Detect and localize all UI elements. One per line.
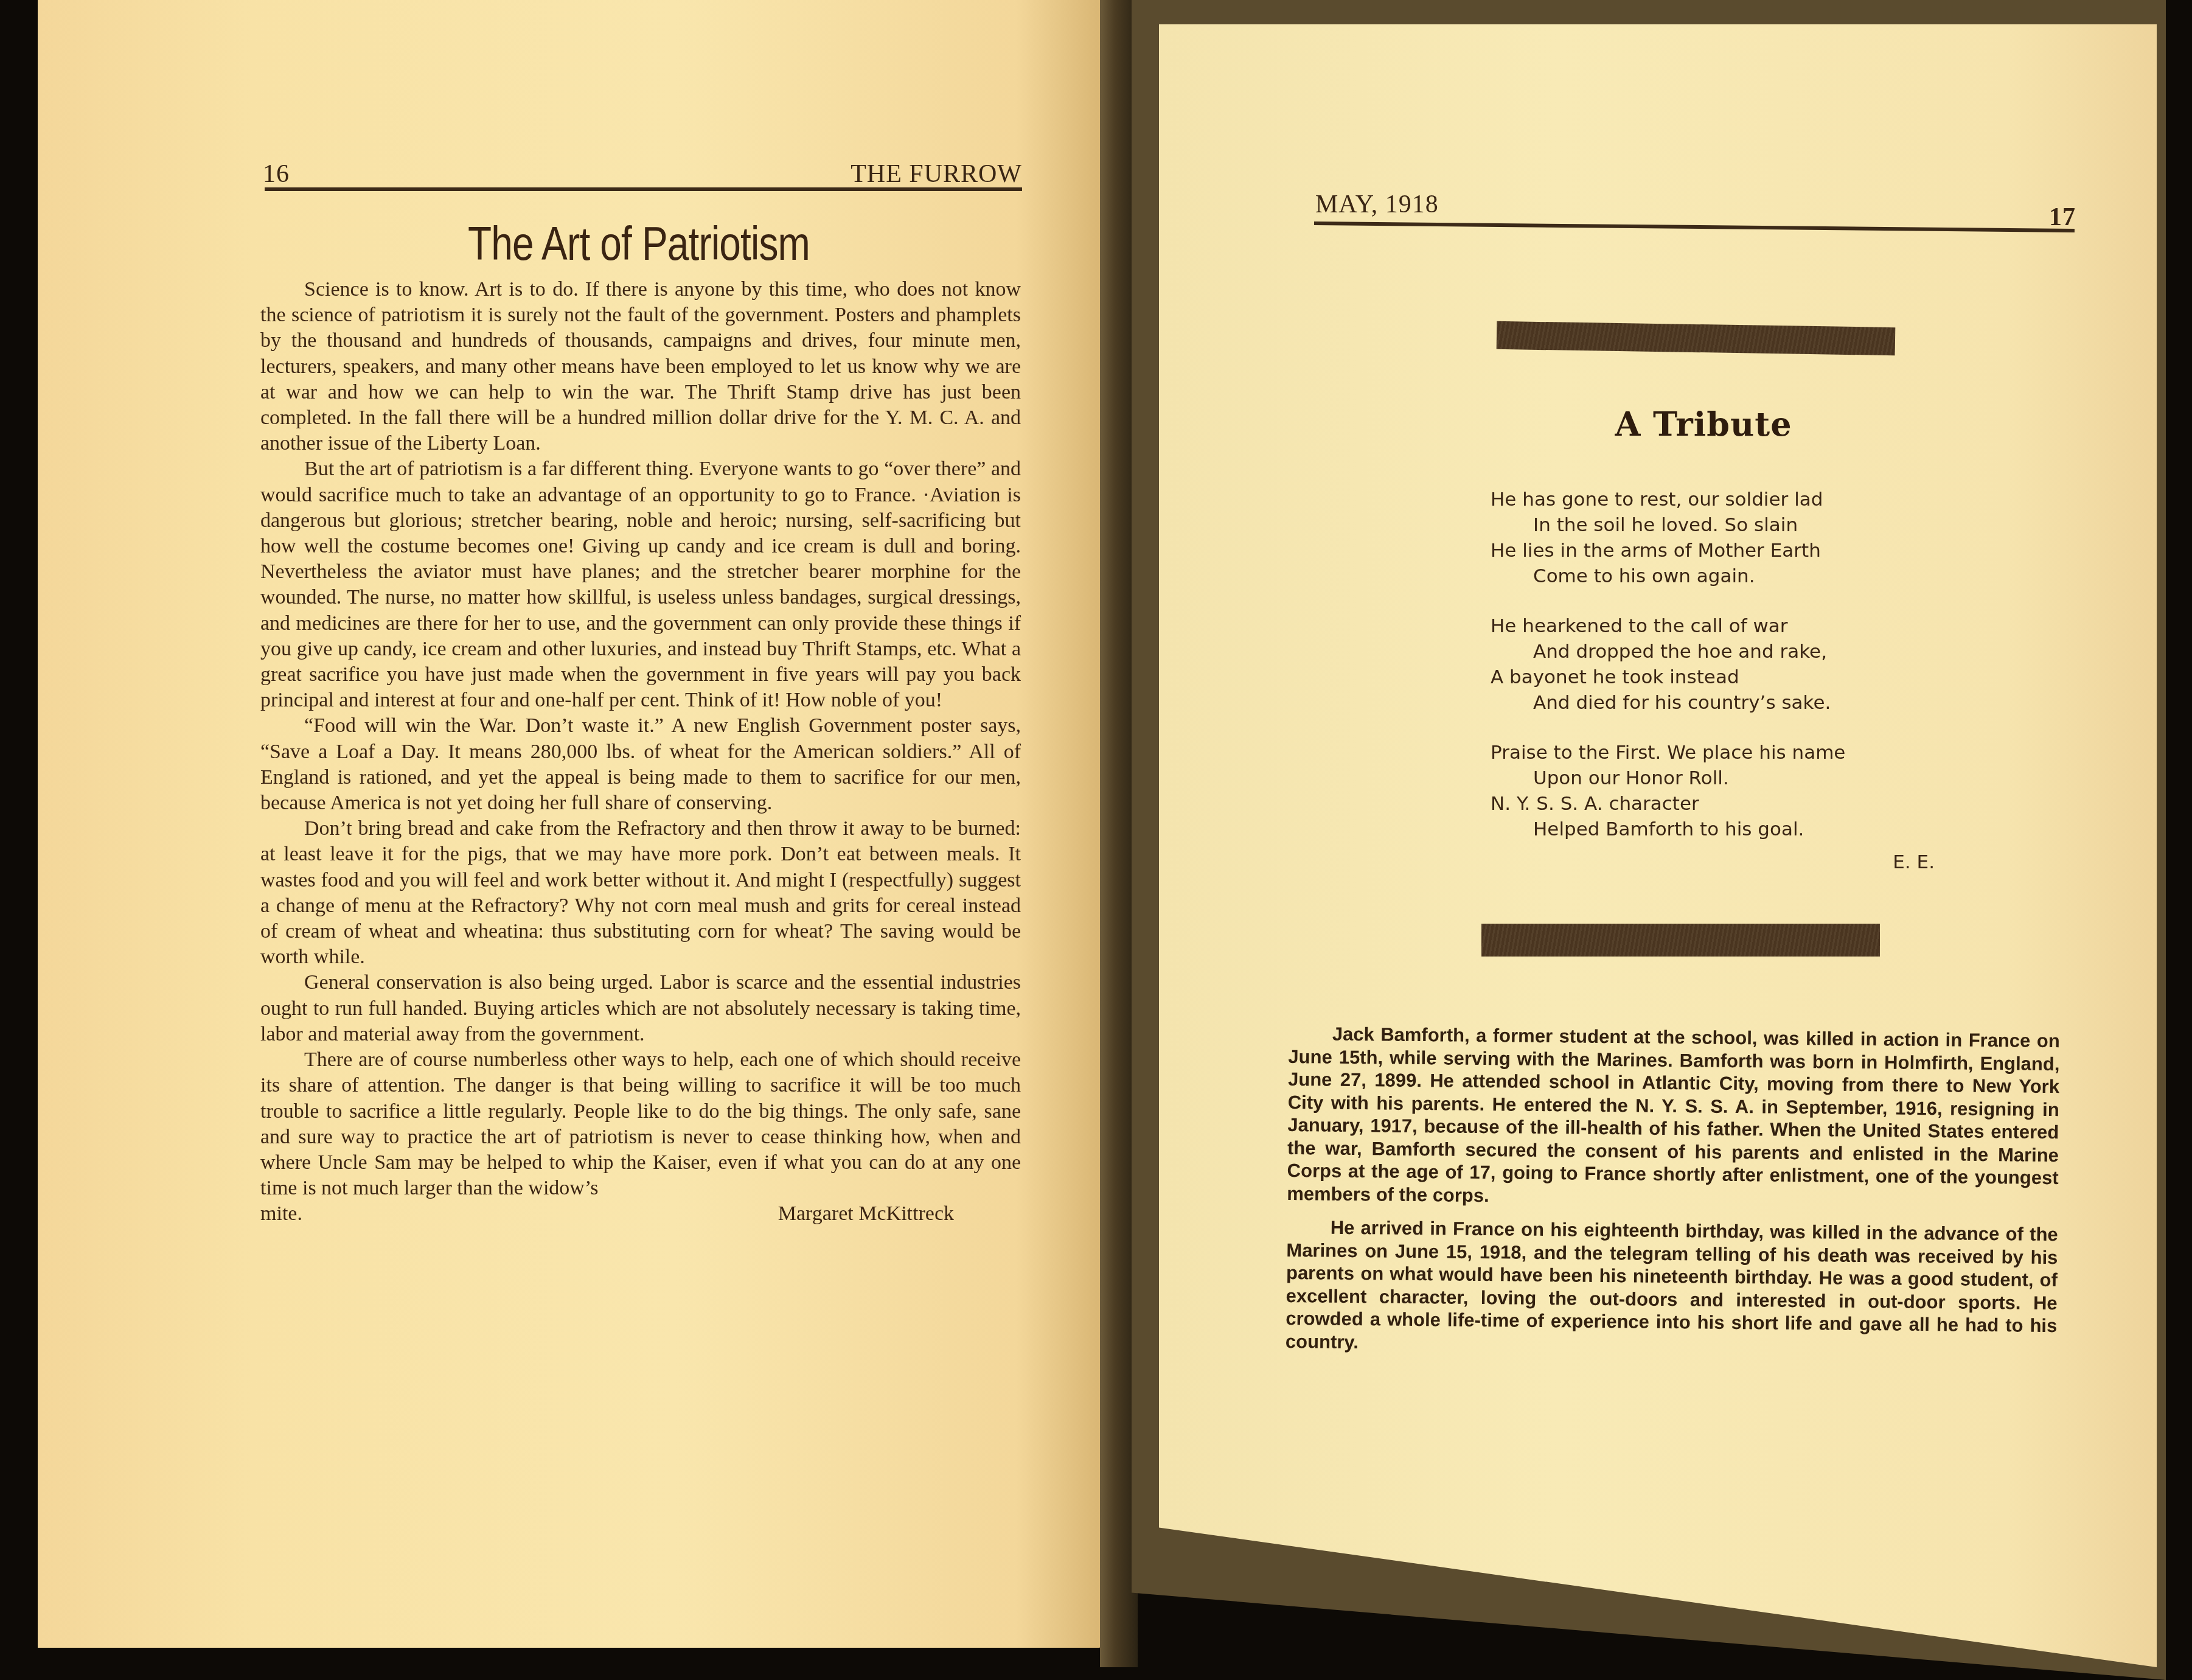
poem-line: Upon our Honor Roll. bbox=[1491, 765, 1953, 791]
article-paragraph: There are of course numberless other way… bbox=[260, 1047, 1021, 1201]
closing-line: mite. Margaret McKittreck bbox=[260, 1201, 1021, 1227]
poem-line: A bayonet he took instead bbox=[1491, 664, 1953, 690]
header-rule-left bbox=[265, 187, 1022, 191]
poem-line: Helped Bamforth to his goal. bbox=[1491, 817, 1953, 842]
poem-line: And dropped the hoe and rake, bbox=[1491, 639, 1953, 664]
poem-stanza: He hearkened to the call of war And drop… bbox=[1491, 613, 1953, 716]
article-paragraph: Don’t bring bread and cake from the Refr… bbox=[260, 816, 1021, 970]
obituary-paragraph: Jack Bamforth, a former student at the s… bbox=[1287, 1022, 2060, 1212]
poem-line: N. Y. S. S. A. character bbox=[1491, 791, 1953, 817]
poem-title: A Tribute bbox=[1399, 405, 2008, 444]
poem-stanza: He has gone to rest, our soldier lad In … bbox=[1491, 487, 1953, 589]
poem-line: He lies in the arms of Mother Earth bbox=[1491, 538, 1953, 563]
running-head-left: THE FURROW bbox=[827, 159, 1022, 189]
obituary-paragraph: He arrived in France on his eighteenth b… bbox=[1286, 1216, 2058, 1360]
article-paragraph: “Food will win the War. Don’t waste it.”… bbox=[260, 713, 1021, 816]
article-paragraph: General conservation is also being urged… bbox=[260, 970, 1021, 1047]
poem-stanza: Praise to the First. We place his name U… bbox=[1491, 740, 1953, 842]
article-title: The Art of Patriotism bbox=[327, 216, 951, 271]
page-number-right: 17 bbox=[2049, 203, 2076, 232]
poem-line: He has gone to rest, our soldier lad bbox=[1491, 487, 1953, 512]
poem-line: In the soil he loved. So slain bbox=[1491, 512, 1953, 538]
closing-word: mite. bbox=[260, 1201, 302, 1227]
poem-line: Come to his own again. bbox=[1491, 563, 1953, 589]
page-number-left: 16 bbox=[263, 159, 290, 189]
poem-line: He hearkened to the call of war bbox=[1491, 613, 1953, 639]
article-body: Science is to know. Art is to do. If the… bbox=[260, 277, 1021, 1227]
running-head-right: MAY, 1918 bbox=[1315, 190, 1439, 219]
poem-line: Praise to the First. We place his name bbox=[1491, 740, 1953, 765]
poem-line: And died for his country’s sake. bbox=[1491, 690, 1953, 716]
article-author: Margaret McKittreck bbox=[778, 1201, 954, 1227]
poem: He has gone to rest, our soldier lad In … bbox=[1491, 487, 1953, 875]
obituary-body: Jack Bamforth, a former student at the s… bbox=[1286, 1022, 2060, 1371]
poem-signature: E. E. bbox=[1491, 849, 1953, 875]
decorative-bar-bottom bbox=[1481, 924, 1880, 957]
article-paragraph: Science is to know. Art is to do. If the… bbox=[260, 277, 1021, 456]
article-paragraph: But the art of patriotism is a far diffe… bbox=[260, 456, 1021, 713]
